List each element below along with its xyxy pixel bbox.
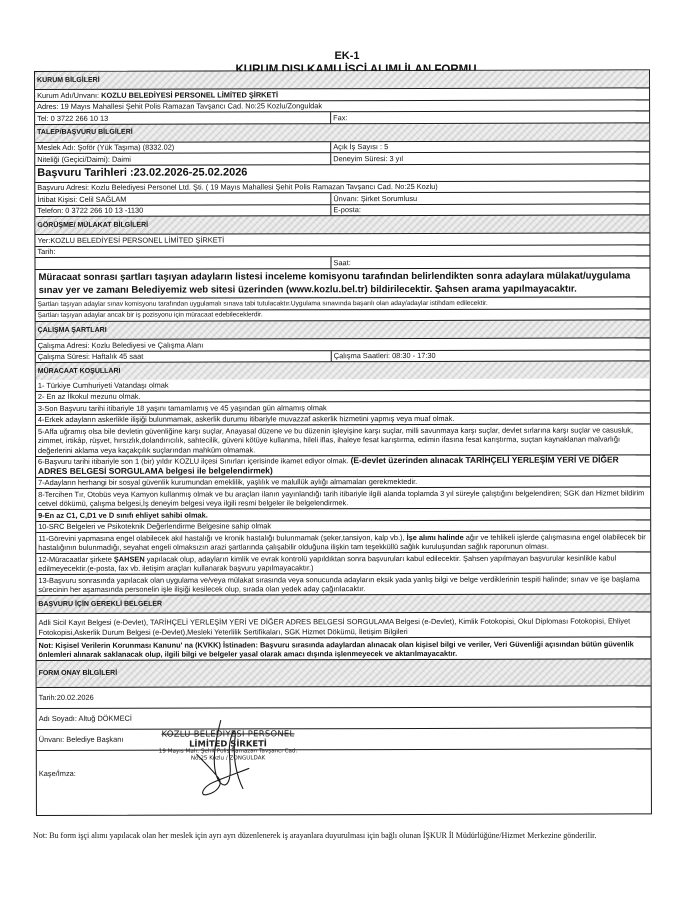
conditions-list: 1- Türkiye Cumhuriyeti Vatandaşı olmak2-… <box>36 378 651 595</box>
condition-text: 8-Tercihen Tır, Otobüs veya Kamyon kulla… <box>36 487 650 509</box>
interview-date-row: Tarih: <box>35 244 649 257</box>
section-form-onay: FORM ONAY BİLGİLERİ <box>37 658 651 687</box>
approver-name: Adı Soyadı: Altuğ DÖKMECİ <box>37 712 651 724</box>
announcement-form: KURUM BİLGİLERİ Kurum Adı/Unvanı: KOZLU … <box>34 69 652 816</box>
section-title: MÜRACAAT KOŞULLARI <box>36 365 650 377</box>
institution-phone: Tel: 0 3722 266 10 13 <box>35 112 331 123</box>
approver-title: Ünvanı: Belediye Başkanı <box>37 733 651 745</box>
condition-row: 9-En az C1, C,D1 ve D sınıfı ehliyet sah… <box>36 507 650 520</box>
work-address: Çalışma Adresi: Kozlu Belediyesi ve Çalı… <box>36 338 650 350</box>
condition-text: 13-Başvuru sonrasında yapılacak olan uyg… <box>36 573 650 595</box>
condition-row: 6-Başvuru tarihi itibariyle son 1 (bir) … <box>36 454 650 477</box>
institution-address-row: Adres: 19 Mayıs Mahallesi Şehit Polis Ra… <box>35 99 649 112</box>
section-gerekli-belgeler: BAŞVURU İÇİN GEREKLİ BELGELER <box>36 593 650 613</box>
occupation-name: Meslek Adı: Şoför (Yük Taşıma) (8332.02) <box>35 142 331 153</box>
condition-row: 3-Son Başvuru tarihi itibariyle 18 yaşın… <box>36 400 650 413</box>
contact-person-row: İrtibat Kişisi: Celil SAĞLAM Ünvanı: Şir… <box>35 191 649 204</box>
section-title: TALEP/BAŞVURU BİLGİLERİ <box>35 126 649 138</box>
condition-normal-text: 7-Adayların herhangi bir sosyal güvenlik… <box>38 477 417 487</box>
contact-title: Ünvanı: Şirket Sorumlusu <box>331 192 649 203</box>
required-documents-row: Adli Sicil Kayıt Belgesi (e-Devlet), TAR… <box>36 611 650 637</box>
approval-date-row: Tarih:20.02.2026 <box>37 685 651 708</box>
condition-text: 2- En az İlkokul mezunu olmak. <box>36 390 650 402</box>
condition-normal-text: 12-Müracaatlar şirkete <box>38 554 114 563</box>
stamp-signature-row: Kaşe/İmza: KOZLU BELEDİYESİ PERSONEL LİM… <box>37 748 651 815</box>
experience-duration: Deneyim Süresi: 3 yıl <box>331 152 649 163</box>
institution-address: Adres: 19 Mayıs Mahallesi Şehit Polis Ra… <box>35 100 649 112</box>
exam-note: Şartları taşıyan adaylar sınav komisyonu… <box>36 297 650 309</box>
approver-title-row: Ünvanı: Belediye Başkanı <box>37 727 651 750</box>
contact-phone-row: Telefon: 0 3722 266 10 13 -1130 E-posta: <box>35 203 649 216</box>
condition-text: 3-Son Başvuru tarihi itibariyle 18 yaşın… <box>36 401 650 413</box>
condition-normal-text: 10-SRC Belgeleri ve Psikoteknik Değerlen… <box>38 521 271 531</box>
occupation-row: Meslek Adı: Şoför (Yük Taşıma) (8332.02)… <box>35 140 649 153</box>
contact-person: İrtibat Kişisi: Celil SAĞLAM <box>35 193 331 204</box>
single-position-note-row: Şartları taşıyan adaylar ancak bir iş po… <box>36 308 650 321</box>
section-talep-basvuru: TALEP/BAŞVURU BİLGİLERİ <box>35 122 649 142</box>
section-title: BAŞVURU İÇİN GEREKLİ BELGELER <box>36 598 650 610</box>
institution-contact-row: Tel: 0 3722 266 10 13 Fax: <box>35 110 649 123</box>
condition-bold-text: İşe alımı halinde <box>407 532 464 541</box>
condition-normal-text: 13-Başvuru sonrasında yapılacak olan uyg… <box>38 574 639 594</box>
condition-text: 1- Türkiye Cumhuriyeti Vatandaşı olmak <box>36 378 650 390</box>
condition-bold-text: ŞAHSEN <box>114 554 145 563</box>
section-title: ÇALIŞMA ŞARTLARI <box>36 324 650 336</box>
condition-text: 11-Görevini yapmasına engel olabilecek a… <box>36 531 650 553</box>
interview-time-row: Saat: <box>35 255 649 268</box>
condition-text: 10-SRC Belgeleri ve Psikoteknik Değerlen… <box>36 520 650 532</box>
application-dates: Başvuru Tarihleri :23.02.2026-25.02.2026 <box>35 164 649 182</box>
contact-phone: Telefon: 0 3722 266 10 13 -1130 <box>35 205 331 216</box>
interview-notice: Müracaat sonrası şartları taşıyan adayla… <box>36 268 650 298</box>
condition-normal-text: 11-Görevini yapmasına engel olabilecek a… <box>38 533 406 543</box>
application-dates-row: Başvuru Tarihleri :23.02.2026-25.02.2026 <box>35 163 649 182</box>
interview-place-row: Yer:KOZLU BELEDİYESİ PERSONEL LİMİTED Şİ… <box>35 232 649 245</box>
kvkk-note: Not: Kişisel Verilerin Korunması Kanunu'… <box>36 637 650 660</box>
section-muracaat-kosullari: MÜRACAAT KOŞULLARI <box>36 360 650 380</box>
required-documents: Adli Sicil Kayıt Belgesi (e-Devlet), TAR… <box>36 612 650 637</box>
condition-row: 4-Erkek adayların askerlikle ilişiği bul… <box>36 412 650 425</box>
institution-name-label: Kurum Adı/Unvanı: <box>37 90 101 99</box>
position-nature: Niteliği (Geçici/Daimi): Daimi <box>35 153 331 164</box>
work-duration-row: Çalışma Süresi: Haftalık 45 saat Çalışma… <box>36 349 650 362</box>
condition-row: 10-SRC Belgeleri ve Psikoteknik Değerlen… <box>36 519 650 532</box>
condition-row: 2- En az İlkokul mezunu olmak. <box>36 389 650 402</box>
application-address-row: Başvuru Adresi: Kozlu Belediyesi Persone… <box>35 180 649 193</box>
condition-text: 9-En az C1, C,D1 ve D sınıfı ehliyet sah… <box>36 508 650 520</box>
work-duration: Çalışma Süresi: Haftalık 45 saat <box>36 351 332 362</box>
nature-row: Niteliği (Geçici/Daimi): Daimi Deneyim S… <box>35 151 649 164</box>
open-positions: Açık İş Sayısı : 5 <box>331 141 649 152</box>
approval-date: Tarih:20.02.2026 <box>37 691 651 703</box>
condition-row: 11-Görevini yapmasına engel olabilecek a… <box>36 530 650 553</box>
interview-date: Tarih: <box>35 245 649 257</box>
condition-row: 5-Affa uğramış olsa bile devletin güvenl… <box>36 423 650 455</box>
section-kurum-bilgileri: KURUM BİLGİLERİ <box>35 70 649 89</box>
work-hours: Çalışma Saatleri: 08:30 - 17:30 <box>332 350 650 361</box>
condition-row: 8-Tercihen Tır, Otobüs veya Kamyon kulla… <box>36 486 650 509</box>
condition-row: 12-Müracaatlar şirkete ŞAHSEN yapılacak … <box>36 551 650 574</box>
condition-text: 5-Affa uğramış olsa bile devletin güvenl… <box>36 424 650 455</box>
condition-text: 4-Erkek adayların askerlikle ilişiği bul… <box>36 413 650 425</box>
institution-name-value: KOZLU BELEDİYESİ PERSONEL LİMİTED ŞİRKET… <box>101 90 278 99</box>
work-address-row: Çalışma Adresi: Kozlu Belediyesi ve Çalı… <box>36 337 650 350</box>
interview-place: Yer:KOZLU BELEDİYESİ PERSONEL LİMİTED Şİ… <box>35 233 649 245</box>
condition-normal-text: 3-Son Başvuru tarihi itibariyle 18 yaşın… <box>38 403 327 413</box>
section-title: GÖRÜŞME/ MÜLAKAT BİLGİLERİ <box>35 219 649 231</box>
exam-note-row: Şartları taşıyan adaylar sınav komisyonu… <box>36 296 650 309</box>
interview-time: Saat: <box>331 256 649 267</box>
stamp-signature-label: Kaşe/İmza: <box>37 749 651 815</box>
section-title: KURUM BİLGİLERİ <box>35 74 649 86</box>
section-title: FORM ONAY BİLGİLERİ <box>37 667 651 679</box>
section-gorusme-mulakat: GÖRÜŞME/ MÜLAKAT BİLGİLERİ <box>35 214 649 234</box>
condition-text: 6-Başvuru tarihi itibariyle son 1 (bir) … <box>36 455 650 477</box>
application-address: Başvuru Adresi: Kozlu Belediyesi Persone… <box>35 181 649 193</box>
kvkk-note-row: Not: Kişisel Verilerin Korunması Kanunu'… <box>36 636 650 660</box>
signature-icon <box>177 718 267 802</box>
condition-normal-text: 4-Erkek adayların askerlikle ilişiği bul… <box>38 414 455 424</box>
condition-bold-text: 9-En az C1, C,D1 ve D sınıfı ehliyet sah… <box>38 510 208 519</box>
condition-normal-text: 1- Türkiye Cumhuriyeti Vatandaşı olmak <box>38 380 169 389</box>
footer-note: Not: Bu form işçi alımı yapılacak olan h… <box>33 831 643 842</box>
condition-normal-text: 8-Tercihen Tır, Otobüs veya Kamyon kulla… <box>38 488 644 508</box>
institution-fax: Fax: <box>331 111 649 122</box>
condition-text: 7-Adayların herhangi bir sosyal güvenlik… <box>36 476 650 488</box>
single-position-note: Şartları taşıyan adaylar ancak bir iş po… <box>36 309 650 321</box>
condition-row: 7-Adayların herhangi bir sosyal güvenlik… <box>36 475 650 488</box>
condition-row: 1- Türkiye Cumhuriyeti Vatandaşı olmak <box>36 378 650 390</box>
contact-email: E-posta: <box>331 204 649 215</box>
interview-notice-row: Müracaat sonrası şartları taşıyan adayla… <box>36 267 650 298</box>
annex-label: EK-1 <box>0 49 694 63</box>
condition-normal-text: 5-Affa uğramış olsa bile devletin güvenl… <box>38 425 633 455</box>
approver-name-row: Adı Soyadı: Altuğ DÖKMECİ <box>37 706 651 729</box>
condition-row: 13-Başvuru sonrasında yapılacak olan uyg… <box>36 572 650 595</box>
condition-text: 12-Müracaatlar şirkete ŞAHSEN yapılacak … <box>36 552 650 574</box>
section-calisma-sartlari: ÇALIŞMA ŞARTLARI <box>36 319 650 339</box>
condition-normal-text: 2- En az İlkokul mezunu olmak. <box>38 392 141 401</box>
institution-name-row: Kurum Adı/Unvanı: KOZLU BELEDİYESİ PERSO… <box>35 87 649 100</box>
